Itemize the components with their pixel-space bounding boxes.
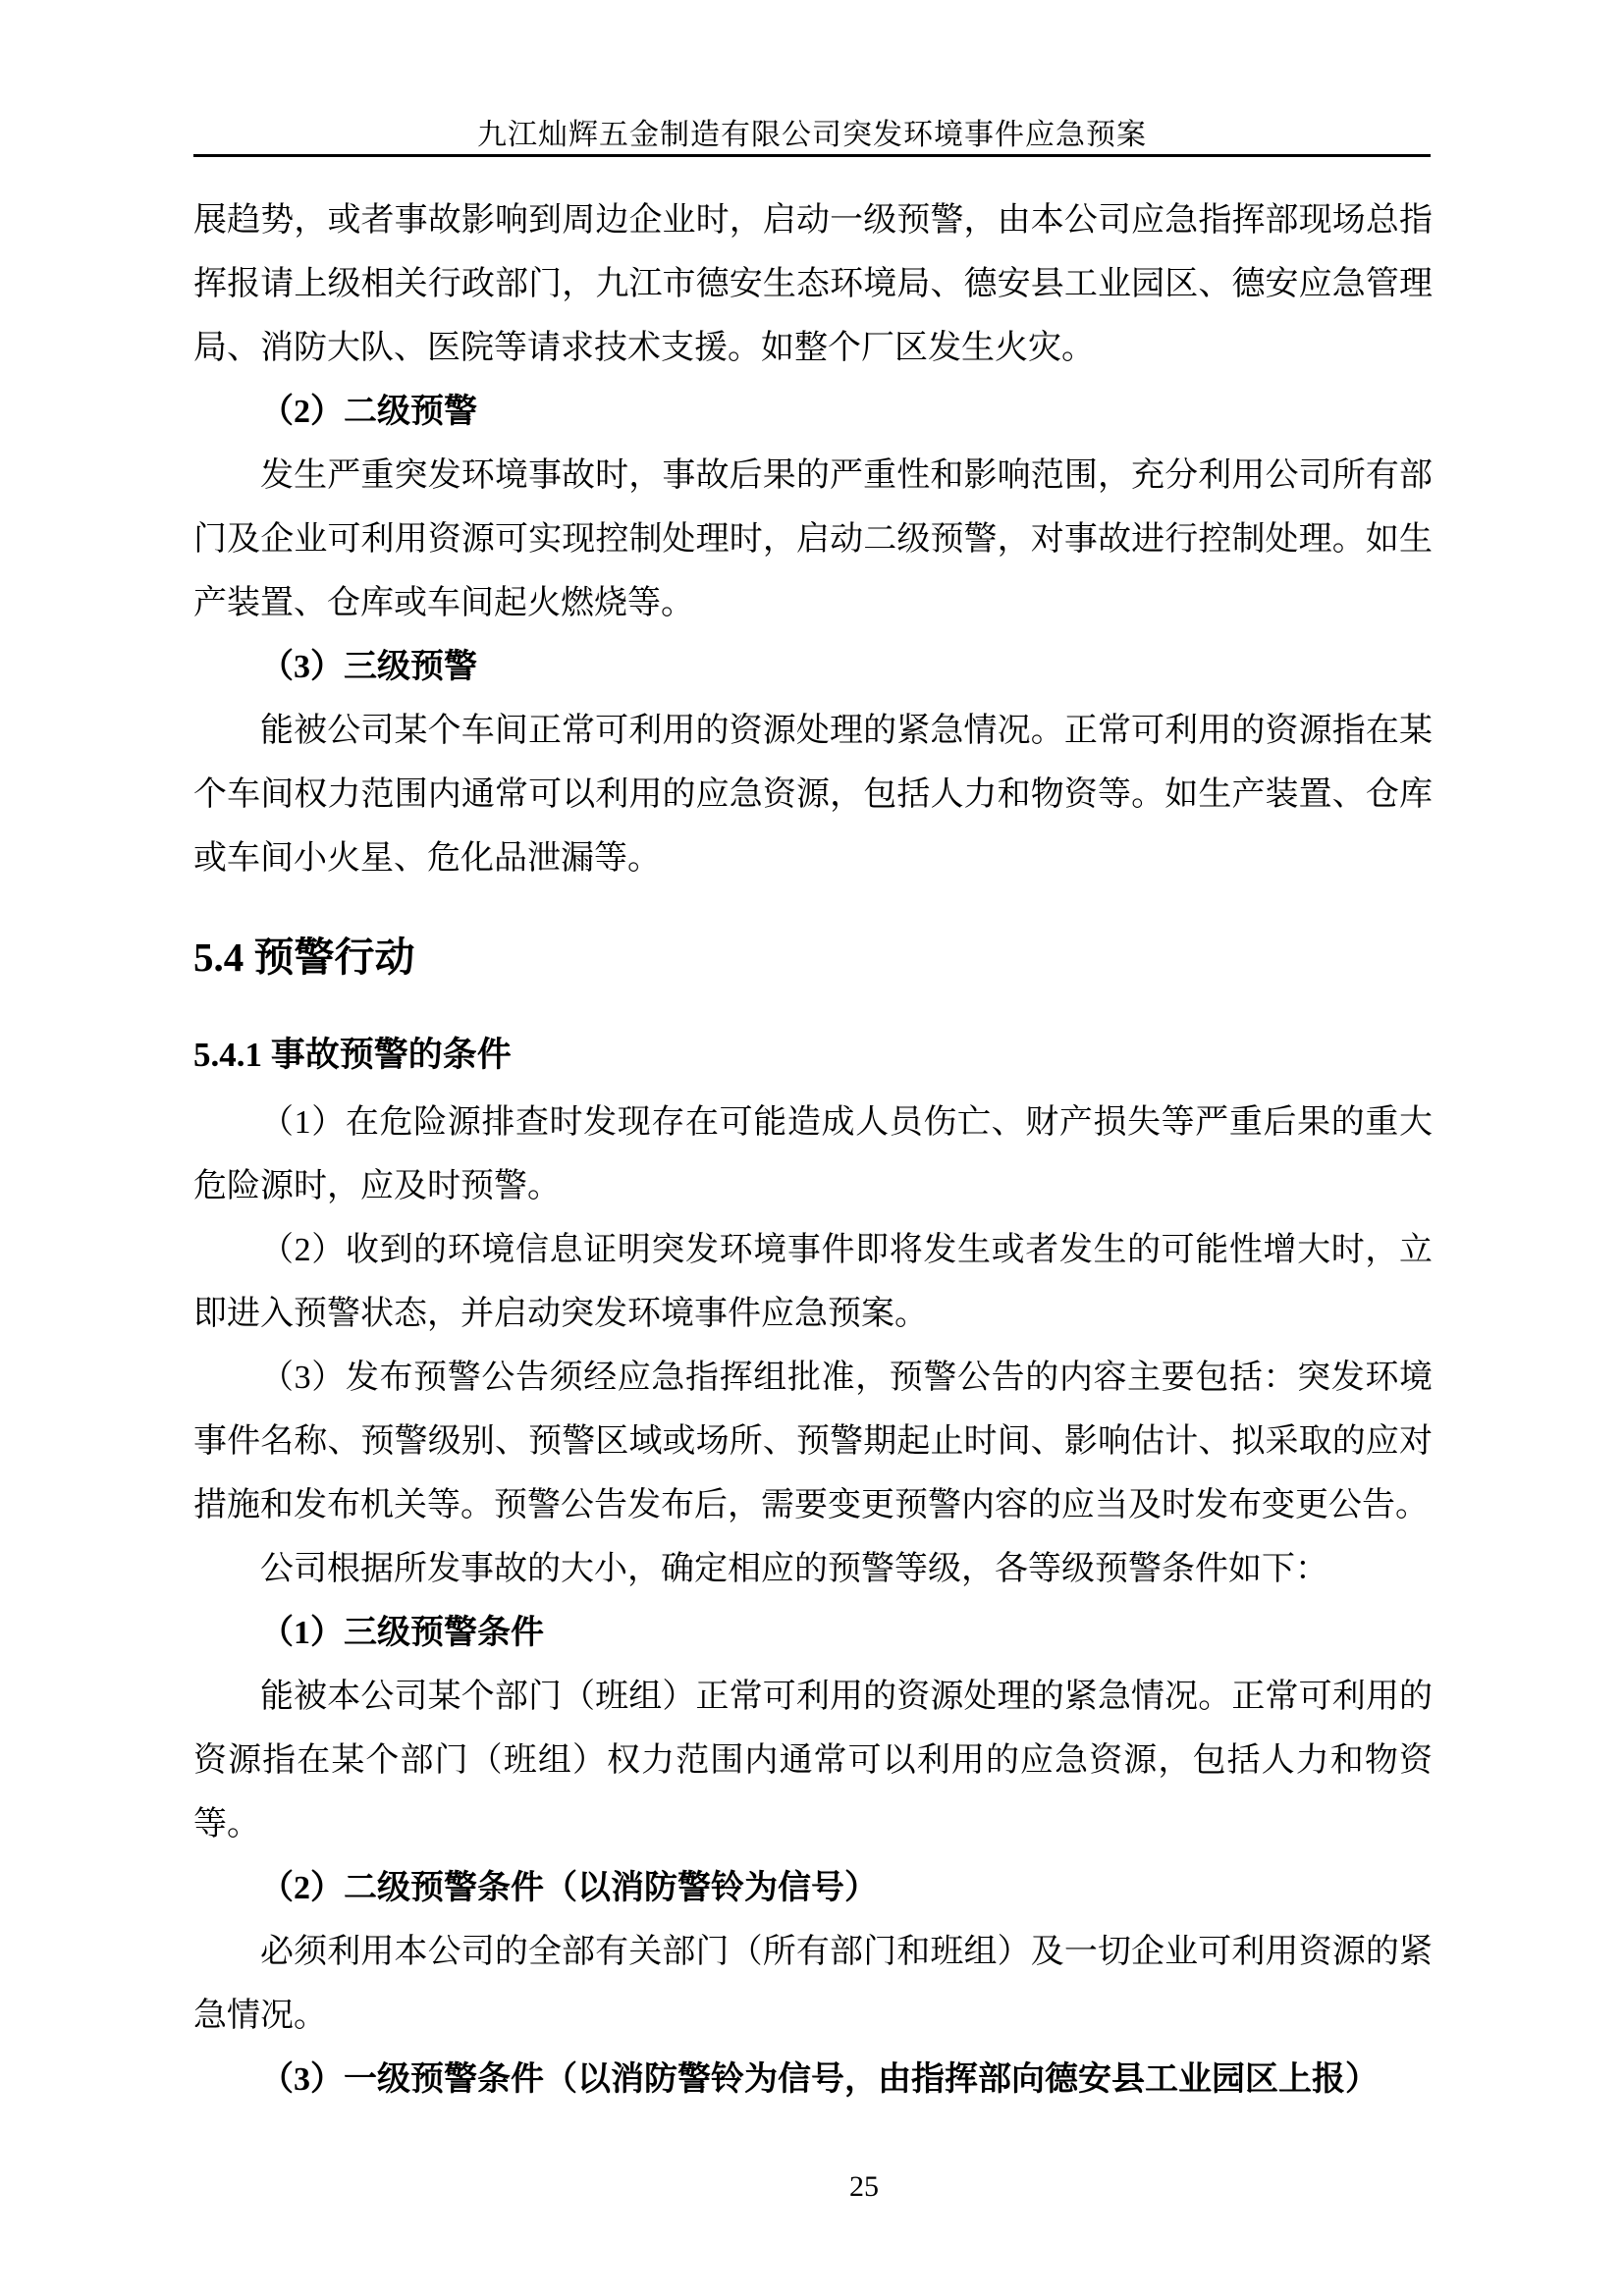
paragraph: （1）在危险源排查时发现存在可能造成人员伤亡、财产损失等严重后果的重大危险源时，…	[193, 1091, 1433, 1218]
paragraph: 公司根据所发事故的大小，确定相应的预警等级，各等级预警条件如下：	[193, 1537, 1433, 1601]
paragraph: （3）发布预警公告须经应急指挥组批准，预警公告的内容主要包括：突发环境事件名称、…	[193, 1346, 1433, 1537]
header-title: 九江灿辉五金制造有限公司突发环境事件应急预案	[193, 119, 1431, 152]
subsection-heading-5-4-1: 5.4.1 事故预警的条件	[193, 1022, 1433, 1089]
inline-heading-level2-condition: （2）二级预警条件（以消防警铃为信号）	[193, 1856, 1433, 1920]
page-number: 25	[104, 2167, 1624, 2207]
paragraph: 必须利用本公司的全部有关部门（所有部门和班组）及一切企业可利用资源的紧急情况。	[193, 1920, 1433, 2048]
paragraph: 发生严重突发环境事故时，事故后果的严重性和影响范围，充分利用公司所有部门及企业可…	[193, 444, 1433, 635]
header-rule	[193, 154, 1431, 157]
paragraph: （2）收到的环境信息证明突发环境事件即将发生或者发生的可能性增大时，立即进入预警…	[193, 1218, 1433, 1346]
inline-heading-level1-condition: （3）一级预警条件（以消防警铃为信号，由指挥部向德安县工业园区上报）	[193, 2048, 1433, 2111]
document-page: 九江灿辉五金制造有限公司突发环境事件应急预案 展趋势，或者事故影响到周边企业时，…	[0, 0, 1624, 2296]
section-heading-5-4: 5.4 预警行动	[193, 922, 1433, 992]
inline-heading-level2-warning: （2）二级预警	[193, 380, 1433, 444]
paragraph: 能被本公司某个部门（班组）正常可利用的资源处理的紧急情况。正常可利用的资源指在某…	[193, 1665, 1433, 1856]
inline-heading-level3-warning: （3）三级预警	[193, 635, 1433, 699]
paragraph: 展趋势，或者事故影响到周边企业时，启动一级预警，由本公司应急指挥部现场总指挥报请…	[193, 188, 1433, 380]
inline-heading-level3-condition: （1）三级预警条件	[193, 1601, 1433, 1665]
document-body: 展趋势，或者事故影响到周边企业时，启动一级预警，由本公司应急指挥部现场总指挥报请…	[193, 188, 1433, 2111]
paragraph: 能被公司某个车间正常可利用的资源处理的紧急情况。正常可利用的资源指在某个车间权力…	[193, 699, 1433, 890]
